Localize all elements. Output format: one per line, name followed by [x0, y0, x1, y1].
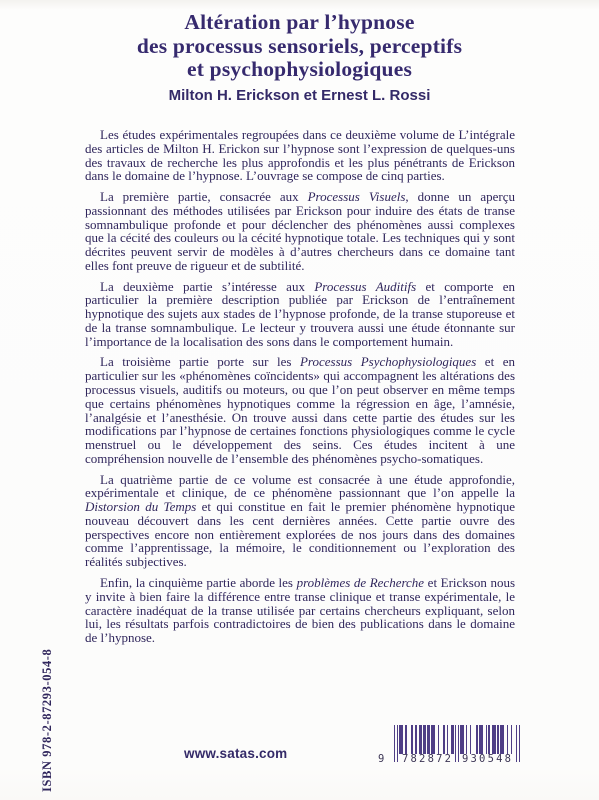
- italic-phrase: problèmes de Recherche: [297, 575, 425, 590]
- barcode-digits: 9 782872 930548: [378, 753, 522, 767]
- barcode-digit-group-1: 782872: [402, 753, 453, 765]
- book-title-line-2: des processus sensoriels, perceptifs: [0, 35, 599, 59]
- barcode: 9 782872 930548: [378, 725, 522, 770]
- synopsis-paragraph-6: Enfin, la cinquième partie aborde les pr…: [85, 576, 515, 645]
- synopsis: Les études expérimentales regroupées dan…: [85, 128, 515, 652]
- paragraph-text: La troisième partie porte sur les: [100, 354, 300, 369]
- synopsis-paragraph-2: La première partie, consacrée aux Proces…: [85, 190, 515, 273]
- book-authors: Milton H. Erickson et Ernest L. Rossi: [0, 87, 599, 104]
- paragraph-text: et en particulier sur les «phénomènes co…: [85, 354, 515, 465]
- paragraph-text: La deuxième partie s’intéresse aux: [100, 279, 314, 294]
- barcode-digit-group-2: 930548: [462, 753, 513, 765]
- synopsis-paragraph-3: La deuxième partie s’intéresse aux Proce…: [85, 280, 515, 349]
- italic-phrase: Distorsion du Temps: [85, 499, 196, 514]
- book-back-cover: Altération par l’hypnose des processus s…: [0, 0, 599, 800]
- barcode-digit-prefix: 9: [378, 753, 387, 765]
- synopsis-paragraph-5: La quatrième partie de ce volume est con…: [85, 473, 515, 569]
- italic-phrase: Processus Auditifs: [314, 279, 416, 294]
- book-title-line-3: et psychophysiologiques: [0, 58, 599, 82]
- synopsis-paragraph-1: Les études expérimentales regroupées dan…: [85, 128, 515, 183]
- paragraph-text: Enfin, la cinquième partie aborde les: [100, 575, 297, 590]
- paragraph-text: Les études expérimentales regroupées dan…: [85, 127, 515, 183]
- isbn-spine-text: ISBN 978-2-87293-054-8: [40, 649, 55, 792]
- book-title: Altération par l’hypnose des processus s…: [0, 11, 599, 82]
- synopsis-paragraph-4: La troisième partie porte sur les Proces…: [85, 355, 515, 465]
- book-title-line-1: Altération par l’hypnose: [0, 11, 599, 35]
- italic-phrase: Processus Visuels: [308, 189, 406, 204]
- paragraph-text: La quatrième partie de ce volume est con…: [85, 472, 515, 501]
- paragraph-text: La première partie, consacrée aux: [100, 189, 308, 204]
- italic-phrase: Processus Psychophysiologiques: [300, 354, 476, 369]
- publisher-website: www.satas.com: [184, 746, 287, 761]
